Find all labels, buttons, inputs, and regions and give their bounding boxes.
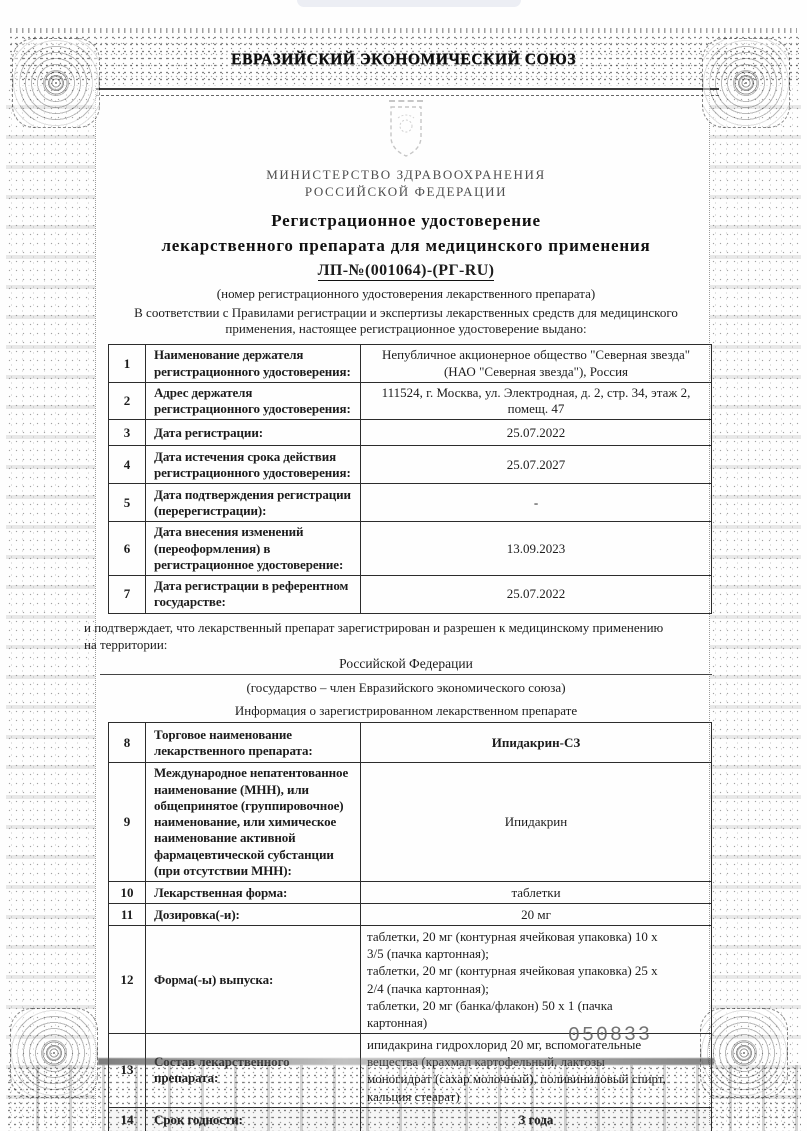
row-label: Дата регистрации: [146,420,361,446]
holder-info-table: 1 Наименование держателя регистрационног… [108,344,712,613]
row-number: 1 [109,345,146,383]
ministry-name: МИНИСТЕРСТВО ЗДРАВООХРАНЕНИЯ РОССИЙСКОЙ … [100,166,712,200]
registration-number-value: ЛП-№(001064)-(РГ-RU) [318,262,495,281]
confirmation-paragraph: и подтверждает, что лекарственный препар… [84,620,718,654]
row-label: Дата регистрации в референтном государст… [146,576,361,614]
registration-number: ЛП-№(001064)-(РГ-RU) [100,262,712,280]
row-value: таблетки [361,882,712,904]
row-value: Ипидакрин-СЗ [361,723,712,763]
row-label: Международное непатентованное наименован… [146,763,361,882]
certificate-content: МИНИСТЕРСТВО ЗДРАВООХРАНЕНИЯ РОССИЙСКОЙ … [100,0,712,1131]
registration-number-caption: (номер регистрационного удостоверения ле… [100,286,712,302]
row-value: Ипидакрин [361,763,712,882]
corner-rosette-top-left [12,38,100,128]
row-label: Лекарственная форма: [146,882,361,904]
row-number: 3 [109,420,146,446]
territory-caption: (государство – член Евразийского экономи… [100,680,712,696]
table-row: 2 Адрес держателя регистрационного удост… [109,382,712,420]
table-row: 1 Наименование держателя регистрационног… [109,345,712,383]
row-number: 14 [109,1107,146,1131]
ministry-emblem-icon [100,100,712,158]
product-info-table: 8 Торговое наименование лекарственного п… [108,722,712,1131]
row-number: 7 [109,576,146,614]
row-value: - [361,484,712,522]
intro-paragraph: В соответствии с Правилами регистрации и… [94,305,718,339]
row-number: 6 [109,522,146,576]
table-row: 14 Срок годности: 3 года [109,1107,712,1131]
row-value: таблетки, 20 мг (контурная ячейковая упа… [361,926,712,1034]
table-row: 6 Дата внесения изменений (переоформлени… [109,522,712,576]
row-value: 111524, г. Москва, ул. Электродная, д. 2… [361,382,712,420]
row-label: Дата подтверждения регистрации (перереги… [146,484,361,522]
document-title: Регистрационное удостоверение лекарствен… [100,209,712,258]
row-label: Адрес держателя регистрационного удостов… [146,382,361,420]
table-row: 11 Дозировка(-и): 20 мг [109,904,712,926]
table-row: 9 Международное непатентованное наименов… [109,763,712,882]
border-left-strip [6,86,96,1125]
row-value: 20 мг [361,904,712,926]
row-label: Наименование держателя регистрационного … [146,345,361,383]
border-left-pattern [6,86,95,1125]
corner-rosette-bottom-left [10,1008,98,1098]
row-number: 12 [109,926,146,1034]
row-value: ипидакрина гидрохлорид 20 мг, вспомогате… [361,1034,712,1108]
row-number: 9 [109,763,146,882]
row-label: Состав лекарственного препарата: [146,1034,361,1108]
row-label: Дата истечения срока действия регистраци… [146,446,361,484]
row-number: 10 [109,882,146,904]
row-label: Срок годности: [146,1107,361,1131]
row-label: Дата внесения изменений (переоформления)… [146,522,361,576]
row-number: 8 [109,723,146,763]
document-title-line1: Регистрационное удостоверение [100,209,712,234]
border-right-pattern [710,86,801,1125]
table-row: 5 Дата подтверждения регистрации (перере… [109,484,712,522]
row-label: Торговое наименование лекарственного пре… [146,723,361,763]
row-value: 13.09.2023 [361,522,712,576]
row-number: 2 [109,382,146,420]
table-row: 7 Дата регистрации в референтном государ… [109,576,712,614]
table-row: 10 Лекарственная форма: таблетки [109,882,712,904]
row-value: Непубличное акционерное общество "Северн… [361,345,712,383]
row-value: 25.07.2027 [361,446,712,484]
certificate-page: ЕВРАЗИЙСКИЙ ЭКОНОМИЧЕСКИЙ СОЮЗ МИНИСТЕРС… [0,0,807,1131]
border-right-strip [709,86,801,1125]
row-number: 5 [109,484,146,522]
territory-name: Российской Федерации [100,656,712,672]
table-row: 8 Торговое наименование лекарственного п… [109,723,712,763]
corner-rosette-bottom-right [700,1008,788,1098]
row-label: Дозировка(-и): [146,904,361,926]
row-number: 4 [109,446,146,484]
corner-rosette-top-right [702,38,790,128]
serial-number-stamp: 050833 [568,1024,652,1048]
table-row: 4 Дата истечения срока действия регистра… [109,446,712,484]
product-info-heading: Информация о зарегистрированном лекарств… [100,703,712,719]
row-number: 11 [109,904,146,926]
document-title-line2: лекарственного препарата для медицинског… [100,234,712,259]
row-label: Форма(-ы) выпуска: [146,926,361,1034]
territory-underline [100,674,712,675]
table-row: 3 Дата регистрации: 25.07.2022 [109,420,712,446]
row-value: 3 года [361,1107,712,1131]
row-number: 13 [109,1034,146,1108]
emblem-top-line [389,100,423,102]
row-value: 25.07.2022 [361,576,712,614]
row-value: 25.07.2022 [361,420,712,446]
table-row: 12 Форма(-ы) выпуска: таблетки, 20 мг (к… [109,926,712,1034]
